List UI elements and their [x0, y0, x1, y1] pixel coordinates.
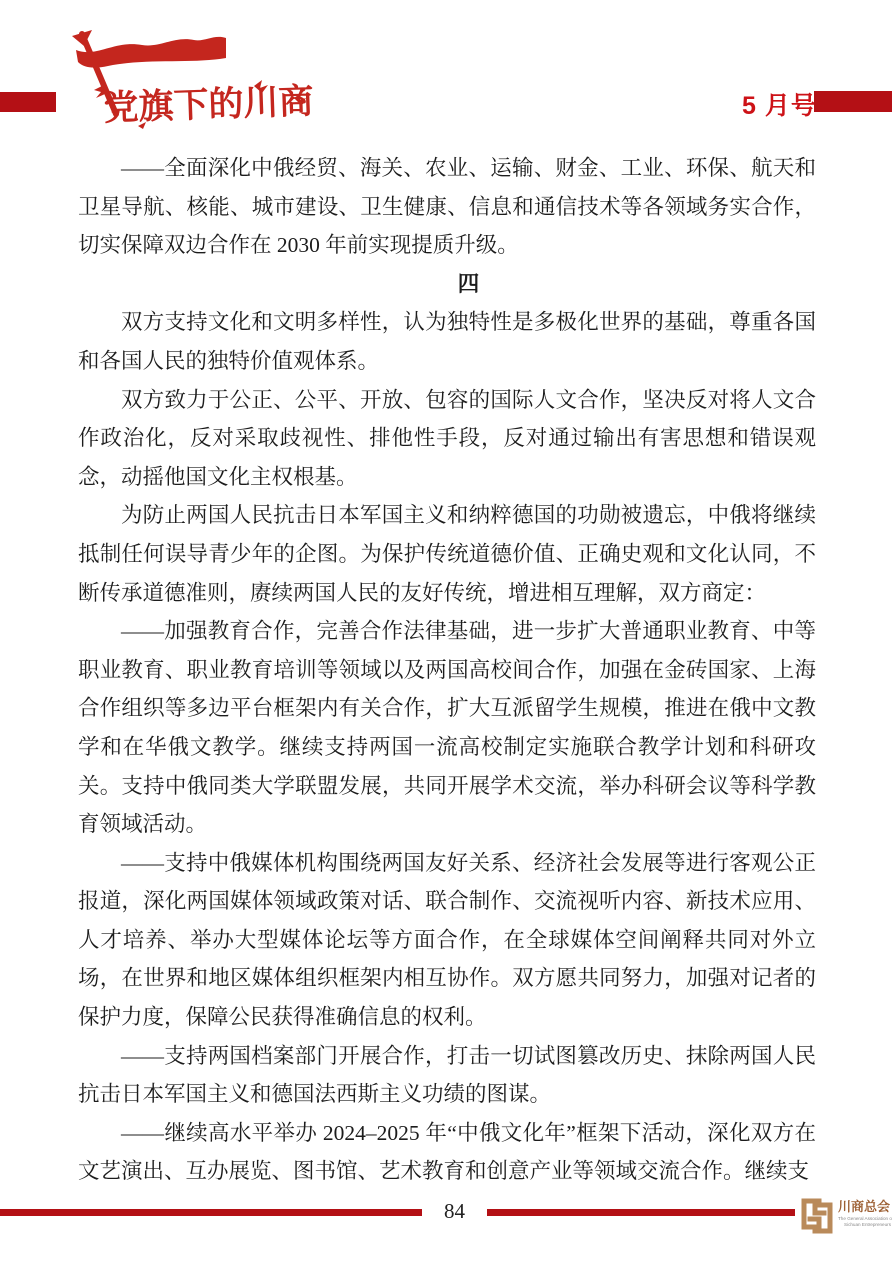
header-right-red-bar: [814, 91, 892, 112]
flag-shape-icon: [76, 37, 226, 68]
paragraph: ——加强教育合作，完善合作法律基础，进一步扩大普通职业教育、中等职业教育、职业教…: [78, 612, 816, 844]
paragraph: ——继续高水平举办 2024–2025 年“中俄文化年”框架下活动，深化双方在文…: [78, 1114, 816, 1191]
footer-right-red-bar: [487, 1209, 795, 1216]
association-logo: 川商总会 The General Association of Sichuan …: [798, 1190, 892, 1246]
paragraph: ——支持中俄媒体机构围绕两国友好关系、经济社会发展等进行客观公正报道，深化两国媒…: [78, 844, 816, 1037]
association-logo-mark-icon: [804, 1201, 830, 1231]
section-heading: 四: [78, 265, 816, 304]
footer-left-red-bar: [0, 1209, 422, 1216]
article-body: ——全面深化中俄经贸、海关、农业、运输、财金、工业、环保、航天和卫星导航、核能、…: [78, 149, 816, 1191]
paragraph: 为防止两国人民抗击日本军国主义和纳粹德国的功勋被遗忘，中俄将继续抵制任何误导青少…: [78, 496, 816, 612]
paragraph: 双方致力于公正、公平、开放、包容的国际人文合作，坚决反对将人文合作政治化，反对采…: [78, 381, 816, 497]
association-logo-text: 川商总会: [838, 1199, 890, 1214]
issue-label: 5 月号: [742, 86, 816, 122]
page-number: 84: [422, 1199, 487, 1224]
paragraph: ——全面深化中俄经贸、海关、农业、运输、财金、工业、环保、航天和卫星导航、核能、…: [78, 149, 816, 265]
logo-calligraphy-text: 党旗下的川商: [103, 82, 314, 128]
party-flag-logo: 党旗下的川商: [42, 28, 342, 132]
association-logo-subtext: The General Association of: [838, 1216, 892, 1221]
association-logo-subtext: Sichuan Entrepreneurs: [844, 1222, 892, 1227]
paragraph: 双方支持文化和文明多样性，认为独特性是多极化世界的基础，尊重各国和各国人民的独特…: [78, 303, 816, 380]
magazine-page: 党旗下的川商 5 月号 ——全面深化中俄经贸、海关、农业、运输、财金、工业、环保…: [0, 0, 892, 1262]
paragraph: ——支持两国档案部门开展合作，打击一切试图篡改历史、抹除两国人民抗击日本军国主义…: [78, 1037, 816, 1114]
